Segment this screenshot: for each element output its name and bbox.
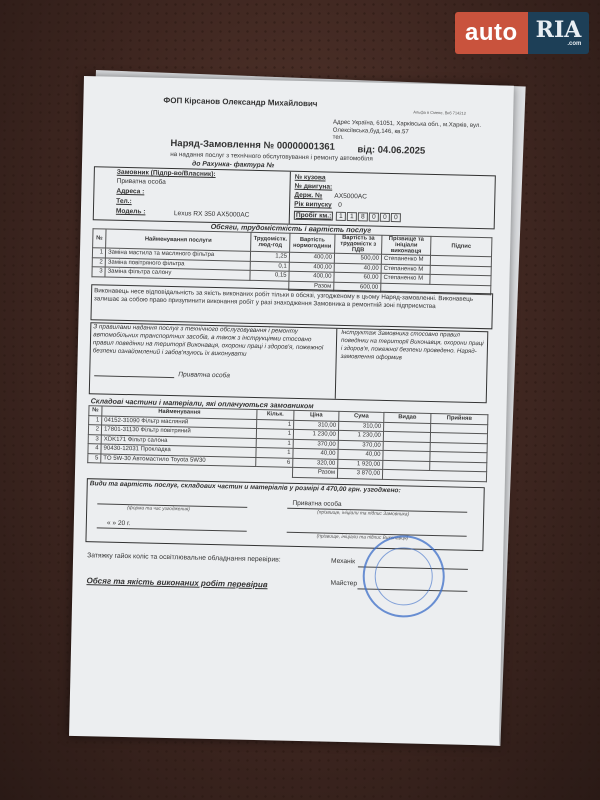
small-header: Альфа в Смене, Вкб 714212 — [413, 109, 466, 115]
plate-value: AX5000AC — [334, 193, 367, 201]
mileage-digits: 1 1 8 0 0 0 — [336, 212, 401, 222]
document-title: Наряд-Замовлення № 00000001361 — [170, 138, 335, 153]
company-address: Адрес Україна, 61051, Харківська обл., м… — [333, 120, 493, 146]
mechanic-label: Механік — [331, 558, 355, 566]
col-no: № — [93, 229, 106, 248]
address-text: Адрес Україна, 61051, Харківська обл., м… — [333, 120, 481, 135]
signature-line — [94, 375, 174, 378]
cell-no: 2 — [92, 257, 105, 267]
phone-label: тел. — [333, 135, 344, 141]
col-no: № — [89, 406, 102, 416]
cell-no: 1 — [92, 248, 105, 258]
parts-total: 3 870,00 — [337, 468, 382, 479]
date-line: « » 20 г. — [107, 520, 131, 528]
year-label: Рік випуску — [294, 201, 332, 209]
rules-left-sign: Приватна особа — [178, 371, 230, 379]
model-value: Lexus RX 350 AX5000AC — [174, 210, 250, 219]
cell-no: 3 — [88, 434, 101, 444]
rules-divider — [335, 329, 338, 399]
col-cost: Вартість за трудомістк з ПДВ — [335, 234, 382, 254]
year-value: 0 — [338, 202, 342, 209]
form-caption: (форма та час узгодження) — [127, 506, 190, 512]
col-signature: Підпис — [431, 236, 492, 256]
parts-table: № Найменування Кільк. Ціна Сума Видав Пр… — [87, 405, 488, 482]
mileage-digit: 0 — [391, 213, 401, 222]
cell-no: 5 — [88, 453, 101, 463]
customer-block: Замовник (Підпр-во/Власник): Приватна ос… — [93, 166, 496, 229]
rules-right-text: Інструктаж Замовника стосовно правил пов… — [341, 329, 487, 364]
logo-auto: auto — [455, 12, 528, 54]
col-rate: Вартість нормогодини — [290, 233, 335, 253]
company-name: ФОП Кірсанов Олександр Михайлович — [163, 96, 317, 108]
col-worker: Прізвище та ініціали виконавця — [382, 235, 431, 255]
rules-block: З правилами надання послуг з технічного … — [89, 322, 489, 403]
master-label: Майстер — [330, 580, 357, 588]
col-hours: Трудомістк. люд-год — [251, 232, 290, 252]
cell-no: 1 — [89, 415, 102, 425]
mileage-digit: 8 — [358, 212, 368, 221]
mileage-digit: 1 — [347, 212, 357, 221]
cell-no: 3 — [92, 267, 105, 277]
engine-number-label: № двигуна: — [294, 183, 332, 191]
agreement-text: Види та вартість послуг, складових части… — [90, 480, 401, 494]
logo-ria: RIA.com — [528, 12, 590, 54]
quality-check-text: Обсяг та якість виконаних робіт перевіри… — [86, 576, 267, 589]
model-label: Модель : — [116, 208, 146, 216]
customer-header: Замовник (Підпр-во/Власник): — [117, 169, 216, 178]
total-label: Разом — [292, 467, 337, 478]
liability-note: Виконавець несе відповідальність за якіс… — [90, 284, 493, 329]
address-label: Адреса : — [116, 188, 144, 196]
customer-name: Приватна особа — [117, 178, 166, 186]
work-order-document: ФОП Кірсанов Олександр Михайлович Альфа … — [69, 76, 514, 746]
customer-signature-name: Приватна особа — [292, 500, 341, 508]
rules-left-text: З правилами надання послуг з технічного … — [93, 323, 334, 360]
wheel-check-text: Затяжку гайок коліс та освітлювальне обл… — [87, 552, 281, 563]
logo-ria-text: RIA — [536, 19, 582, 41]
customer-left: Замовник (Підпр-во/Власник): Приватна ос… — [94, 167, 291, 223]
phone-field-label: Тел.: — [116, 198, 132, 205]
agreement-block: Види та вартість послуг, складових части… — [85, 478, 484, 551]
mileage-digit: 1 — [336, 212, 346, 221]
mileage-digit: 0 — [380, 213, 390, 222]
customer-caption: (прізвище, ініціали та підпис Замовника) — [317, 510, 409, 517]
logo-suffix: .com — [567, 41, 581, 47]
blue-stamp — [362, 534, 446, 618]
mileage-label: Пробіг км.: — [294, 211, 334, 221]
cell-no: 2 — [88, 425, 101, 435]
mileage-digit: 0 — [369, 213, 379, 222]
cell-no: 4 — [88, 444, 101, 454]
date-underline — [97, 527, 247, 531]
plate-label: Держ. № — [294, 192, 322, 200]
autoria-logo: auto RIA.com — [455, 12, 589, 54]
body-number-label: № кузова — [295, 174, 326, 182]
